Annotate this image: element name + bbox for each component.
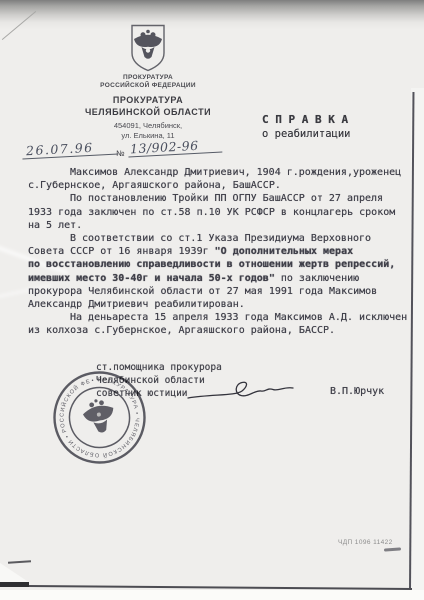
body-paragraph: По постановлению Тройки ПП ОГПУ БашАССР … [28, 192, 410, 232]
org-name-regional: ПРОКУРАТУРА ЧЕЛЯБИНСКОЙ ОБЛАСТИ [58, 95, 238, 118]
scanner-shadow-top [0, 0, 424, 30]
page-corner-shadow [0, 582, 29, 587]
body-paragraph: На деньареста 15 апреля 1933 года Максим… [28, 311, 410, 337]
body-paragraph: Максимов Александр Дмитриевич, 1904 г.ро… [28, 166, 410, 192]
ink-smudge [384, 547, 401, 551]
corner-fold-line [8, 560, 31, 564]
scanned-document-page: ПРОКУРАТУРА РОССИЙСКОЙ ФЕДЕРАЦИИ ПРОКУРА… [0, 0, 424, 600]
signature-scribble [185, 378, 297, 406]
org-name-federal: ПРОКУРАТУРА РОССИЙСКОЙ ФЕДЕРАЦИИ [68, 74, 228, 90]
signer-name: В.П.Юрчук [330, 386, 384, 397]
handwritten-date: 26.07.96 [22, 138, 119, 159]
official-stamp: • ПРОКУРАТУРА • ЧЕЛЯБИНСКОЙ ОБЛАСТИ • РО… [43, 361, 156, 474]
stamp-eagle-icon [80, 396, 117, 436]
number-sign: № [116, 149, 125, 158]
corner-fold [0, 563, 30, 583]
document-body: Максимов Александр Дмитриевич, 1904 г.ро… [28, 166, 410, 338]
print-code: ЧДП 1096 11422 [338, 539, 393, 546]
body-paragraph: В соответствии со ст.1 Указа Президиума … [28, 232, 410, 311]
certificate-title: С П Р А В К А [262, 113, 348, 126]
scan-background-bottom [0, 590, 424, 600]
paragraph-text: На деньареста 15 апреля 1933 года Максим… [28, 312, 407, 336]
coat-of-arms-icon [128, 24, 168, 72]
paragraph-text: По постановлению Тройки ПП ОГПУ БашАССР … [28, 193, 395, 230]
paragraph-text: Максимов Александр Дмитриевич, 1904 г.ро… [28, 167, 401, 191]
certificate-subtitle: о реабилитации [262, 128, 351, 140]
